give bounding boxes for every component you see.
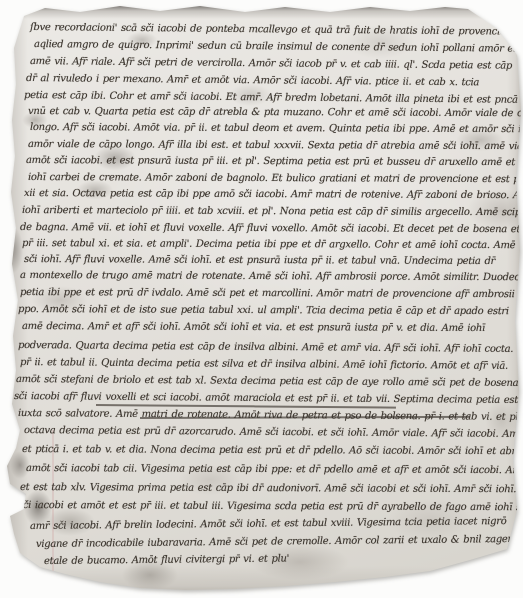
manuscript-line: xii et sia. Octava petia est cāp ibi ppe…	[24, 188, 523, 201]
parchment-surface: s̃ iiii ſbve recordacioni' scā sči iacob…	[0, 0, 523, 598]
manuscript-line: petia ibi ppe et est prū dr̄ ivdalo. Amē…	[20, 287, 515, 300]
manuscript-line: et pticā i. et tab v. et dia. Nona decim…	[22, 444, 522, 457]
manuscript-line: iohī ariberti et marteciolo pr̄ iiii. et…	[22, 205, 523, 218]
manuscript-line: sči iacobi afr̄ fluvi voxelli et sci iac…	[14, 391, 523, 406]
manuscript-line: vigane dr̄ incodicabile iubaravaria. Amē…	[36, 534, 523, 550]
manuscript-line: de bagna. Amē vii. et iohī et fluvi voxe…	[20, 222, 523, 235]
manuscript-line: octava decima petia est prū dr̄ azorcaru…	[24, 425, 523, 440]
manuscript-text: ſbve recordacioni' scā sči iacobi de pon…	[0, 0, 523, 598]
manuscript-line: aqlied amgro de quigro. Inprimi' sedun c…	[34, 39, 517, 55]
manuscript-line: dr̄ al rivuledo i per mexano. Amr̄ et am…	[26, 73, 479, 88]
manuscript-line: amōr viale de cāpo longo. Afr̄ illa ibi …	[28, 139, 523, 152]
manuscript-line: ſbve recordacioni' scā sči iacobi de pon…	[30, 22, 523, 38]
manuscript-line: podverada. Quarta decima petia est cāp d…	[18, 340, 513, 355]
manuscript-line: amōt sči iacobi tab cii. Vigesima petia …	[26, 463, 523, 476]
manuscript-line: amr̄ sči iacobi. Afr̄ brelin lodecini. A…	[30, 516, 507, 532]
manuscript-line: amōt sči iacobi. et est pnsurā iusta pr̄…	[26, 155, 523, 168]
manuscript-line: amōt sči stefani de briolo et est tab xl…	[16, 374, 523, 389]
manuscript-line: etale de bucamo. Amōt fluvi civitergi pr…	[44, 553, 289, 567]
manuscript-line: pr̄ ii. et tabul ii. Quinta decima petia…	[20, 357, 508, 372]
manuscript-photo: s̃ iiii ſbve recordacioni' scā sči iacob…	[0, 0, 523, 598]
manuscript-line: et est tab xlv. Vigesima prima petia est…	[20, 482, 523, 495]
manuscript-line: amē decima. Amr̄ et afr̄ sči iohī. Amōt …	[22, 321, 485, 334]
manuscript-line: ppo. Amōt sči iohī et de isto sue petia …	[18, 304, 509, 317]
manuscript-line: amē vii. Afr̄ riale. Afr̄ sči petri de v…	[30, 56, 512, 72]
manuscript-line: longo. Afr̄ sči iacobi. Amōt via. pr̄ ii…	[30, 122, 523, 135]
manuscript-line: sči iacobi et amōt et est pr̄ iii. et ta…	[18, 500, 523, 513]
manuscript-line: a montexello de trugo amē matri de roten…	[20, 270, 523, 283]
manuscript-line: pr̄ iii. set tabul xi. et sia. et ampli'…	[22, 238, 515, 251]
parchment: s̃ iiii ſbve recordacioni' scā sči iacob…	[0, 0, 523, 598]
manuscript-line: sči iohī. Afr̄ fluvi voxelle. Amē sči io…	[24, 254, 495, 267]
manuscript-line: vnū et cab v. Quarta petia est cāp dr̄ a…	[28, 106, 523, 119]
manuscript-line: iohī carbei de cremate. Amōr zaboni de b…	[28, 172, 523, 185]
manuscript-line: petia est cāp ibi. Cohr et amr̄ sči iaco…	[24, 90, 518, 106]
